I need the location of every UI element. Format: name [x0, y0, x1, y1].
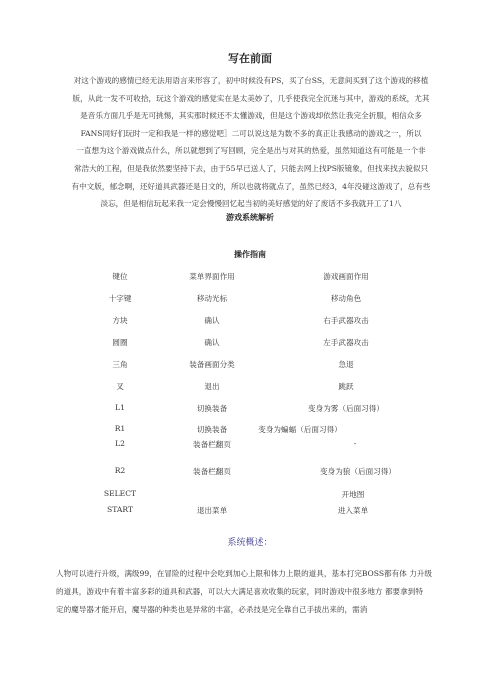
cell-key: SELECT: [104, 489, 136, 498]
controls-title: 操作指南: [0, 249, 500, 260]
cell-menu: 移动光标: [197, 293, 227, 304]
cell-menu: 装备栏翻页: [193, 466, 231, 477]
table-row: 十字键 移动光标 移动角色: [0, 293, 500, 305]
cell-game: -: [354, 439, 357, 448]
cell-menu: 切换装备: [197, 424, 227, 435]
cell-key: 圆圈: [112, 337, 127, 348]
cell-key: 三角: [112, 359, 127, 370]
cell-game: 移动角色: [331, 293, 361, 304]
cell-key: R1: [115, 424, 126, 433]
cell-key: START: [107, 505, 133, 514]
cell-key: L2: [115, 439, 125, 448]
cell-menu: 退出菜单: [197, 505, 227, 516]
overview-line: 人物可以进行升级，满级99，在冒险的过程中会吃到加心上限和体力上限的道具，基本打…: [56, 565, 456, 583]
cell-game: 跳跃: [338, 381, 353, 392]
header-menu: 菜单界面作用: [189, 271, 235, 282]
cell-game: 变身为雾（后面习得）: [308, 403, 384, 414]
header-game: 游戏画面作用: [323, 271, 369, 282]
table-row: R1 切换装备 变身为蝙蝠（后面习得）: [0, 424, 500, 436]
table-row: SELECT 开地图: [0, 489, 500, 501]
cell-key: R2: [115, 466, 126, 475]
table-row: 圆圈 确认 左手武器攻击: [0, 337, 500, 349]
intro-line: FANS同好们玩时一定和我是一样的感觉吧］二可以说这是为数不多的真正让我感动的游…: [66, 125, 436, 143]
table-row: 方块 确认 右手武器攻击: [0, 315, 500, 327]
table-row: 三角 装备画面分类 急退: [0, 359, 500, 371]
cell-key: L1: [115, 403, 125, 412]
table-row: L1 切换装备 变身为雾（后面习得）: [0, 403, 500, 415]
cell-menu: 退出: [204, 381, 219, 392]
cell-menu: 确认: [204, 315, 219, 326]
intro-line: 有中文版，郁念啊，还好道具武器还是日文的，所以也就将就点了，虽然已经3，4年没碰…: [66, 178, 436, 196]
cell-key: 方块: [112, 315, 127, 326]
overview-paragraph: 人物可以进行升级，满级99，在冒险的过程中会吃到加心上限和体力上限的道具，基本打…: [56, 565, 456, 619]
intro-line: 对这个游戏的感情已经无法用语言来形容了，初中时候没有PS，买了台SS，无意间买到…: [66, 72, 436, 90]
cell-menu: 切换装备: [197, 403, 227, 414]
intro-line: 版，从此一发不可收拾，玩这个游戏的感觉实在是太美妙了，几乎使我完全沉迷与其中，游…: [66, 90, 436, 108]
header-key: 键位: [112, 271, 127, 282]
cell-game: 右手武器攻击: [323, 315, 369, 326]
cell-game: 进入菜单: [338, 505, 368, 516]
table-row: L2 装备栏翻页 -: [0, 439, 500, 451]
table-row: 叉 退出 跳跃: [0, 381, 500, 393]
cell-game: 开地图: [342, 489, 365, 500]
intro-line: 是音乐方面几乎是无可挑惕，其实那时候还不太懂游戏，但是这个游戏却依然让我完全折服…: [66, 107, 436, 125]
cell-game: 变身为狼（后面习得）: [320, 466, 396, 477]
table-row: R2 装备栏翻页 变身为狼（后面习得）: [0, 466, 500, 478]
cell-menu: 确认: [204, 337, 219, 348]
table-header-row: 键位 菜单界面作用 游戏画面作用: [0, 271, 500, 283]
cell-menu: 装备画面分类: [189, 359, 235, 370]
section-title: 游戏系统解析: [0, 212, 500, 223]
intro-line: 一直想为这个游戏做点什么，所以就想到了写回顾，完全是出与对其的热爱，虽然知道这有…: [66, 142, 436, 160]
overview-title: 系统概述：: [0, 535, 500, 548]
cell-game: 左手武器攻击: [323, 337, 369, 348]
page-title: 写在前面: [0, 50, 500, 66]
table-row: START 退出菜单 进入菜单: [0, 505, 500, 517]
cell-menu: 装备栏翻页: [193, 439, 231, 450]
cell-game: 变身为蝙蝠（后面习得）: [258, 424, 342, 435]
intro-paragraph: 对这个游戏的感情已经无法用语言来形容了，初中时候没有PS，买了台SS，无意间买到…: [66, 72, 436, 213]
intro-line: 常浩大的工程，但是我依然要坚持下去，由于55早已送人了，只能去网上找PS版镜象，…: [66, 160, 436, 178]
cell-key: 叉: [116, 381, 124, 392]
intro-line: 淡忘，但是相信玩起来我一定会慢慢回忆起当初的美好感觉的好了废话不多我就开工了1八: [66, 195, 436, 213]
cell-game: 急退: [338, 359, 353, 370]
overview-line: 定的魔导器才能开启，魔导器的种类也是异常的丰富，必杀技是完全靠自己手拔出来的，需…: [56, 601, 456, 619]
cell-key: 十字键: [109, 293, 132, 304]
overview-line: 的道具，游戏中有着丰富多彩的道具和武器，可以大大满足喜欢收集的玩家，同时游戏中很…: [56, 583, 456, 601]
